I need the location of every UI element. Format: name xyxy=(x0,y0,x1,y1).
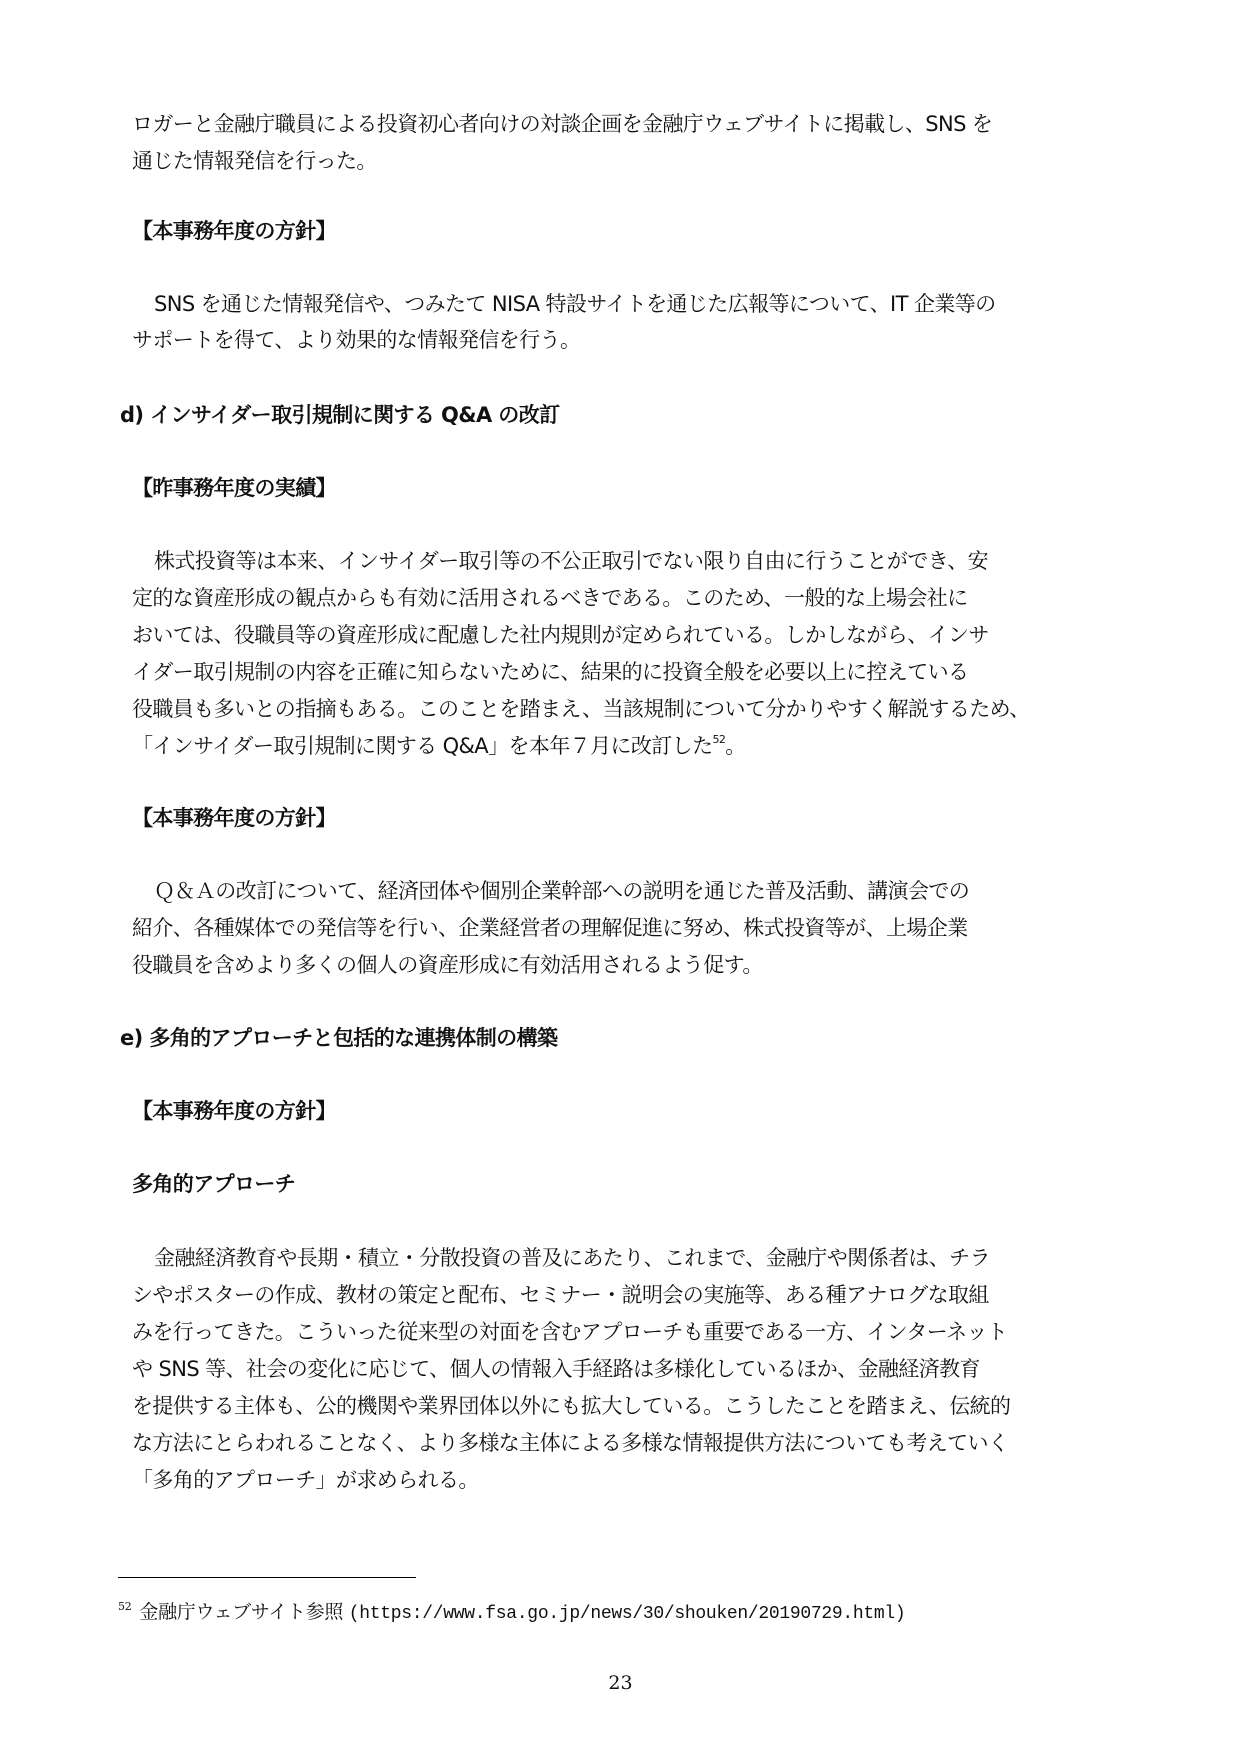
body-text-line: サポートを得て、より効果的な情報発信を行う。 xyxy=(132,322,580,358)
footnote-link[interactable]: (https://www.fsa.go.jp/news/30/shouken/2… xyxy=(349,1604,906,1624)
topic-heading: 多角的アプローチ xyxy=(132,1166,295,1202)
body-text-line: や SNS 等、社会の変化に応じて、個人の情報入手経路は多様化しているほか、金融… xyxy=(132,1351,980,1387)
footnote: 52金融庁ウェブサイト参照 (https://www.fsa.go.jp/new… xyxy=(118,1594,905,1627)
body-text-line: 定的な資産形成の観点からも有効に活用されるべきである。このため、一般的な上場会社… xyxy=(132,580,968,616)
body-text-line: イダー取引規制の内容を正確に知らないために、結果的に投資全般を必要以上に控えてい… xyxy=(132,654,968,690)
body-text-line: 「多角的アプローチ」が求められる。 xyxy=(132,1462,479,1498)
body-text-line: を提供する主体も、公的機関や業界団体以外にも拡大している。こうしたことを踏まえ、… xyxy=(132,1388,1010,1424)
body-text-line: Ｑ＆Ａの改訂について、経済団体や個別企業幹部への説明を通じた普及活動、講演会での xyxy=(132,873,969,909)
footnote-separator xyxy=(118,1577,416,1578)
footnote-reference[interactable]: 52 xyxy=(712,733,725,746)
body-text-line: みを行ってきた。こういった従来型の対面を含むアプローチも重要である一方、インター… xyxy=(132,1314,1007,1350)
footnote-text: 金融庁ウェブサイト参照 xyxy=(139,1601,343,1623)
body-text-line: 金融経済教育や長期・積立・分散投資の普及にあたり、これまで、金融庁や関係者は、チ… xyxy=(132,1240,990,1276)
body-text-line-with-footnote: 「インサイダー取引規制に関する Q&A」を本年７月に改訂した52。 xyxy=(132,728,746,764)
body-text-line: シやポスターの作成、教材の策定と配布、セミナー・説明会の実施等、ある種アナログな… xyxy=(132,1277,989,1313)
body-text-line: 通じた情報発信を行った。 xyxy=(132,143,377,179)
body-text: 「インサイダー取引規制に関する Q&A」を本年７月に改訂した xyxy=(132,734,712,758)
body-text-line: SNS を通じた情報発信や、つみたて NISA 特設サイトを通じた広報等について… xyxy=(132,286,996,322)
section-heading-d: d) インサイダー取引規制に関する Q&A の改訂 xyxy=(120,397,560,433)
body-text: 。 xyxy=(725,734,745,758)
section-subheading-results: 【昨事務年度の実績】 xyxy=(132,470,336,506)
document-page: ロガーと金融庁職員による投資初心者向けの対談企画を金融庁ウェブサイトに掲載し、S… xyxy=(0,0,1241,1754)
section-subheading-policy: 【本事務年度の方針】 xyxy=(132,213,336,249)
body-text-line: 役職員も多いとの指摘もある。このことを踏まえ、当該規制について分かりやすく解説す… xyxy=(132,691,1030,727)
page-number: 23 xyxy=(0,1672,1241,1694)
body-text-line: 株式投資等は本来、インサイダー取引等の不公正取引でない限り自由に行うことができ、… xyxy=(132,543,988,579)
footnote-number: 52 xyxy=(118,1600,131,1613)
section-subheading-policy: 【本事務年度の方針】 xyxy=(132,800,336,836)
section-heading-e: e) 多角的アプローチと包括的な連携体制の構築 xyxy=(120,1020,557,1056)
body-text-line: 紹介、各種媒体での発信等を行い、企業経営者の理解促進に努め、株式投資等が、上場企… xyxy=(132,910,968,946)
body-text-line: 役職員を含めより多くの個人の資産形成に有効活用されるよう促す。 xyxy=(132,947,763,983)
section-subheading-policy: 【本事務年度の方針】 xyxy=(132,1093,336,1129)
body-text-line: な方法にとらわれることなく、より多様な主体による多様な情報提供方法についても考え… xyxy=(132,1425,1008,1461)
body-text-line: ロガーと金融庁職員による投資初心者向けの対談企画を金融庁ウェブサイトに掲載し、S… xyxy=(132,106,992,142)
body-text-line: おいては、役職員等の資産形成に配慮した社内規則が定められている。しかしながら、イ… xyxy=(132,617,989,653)
